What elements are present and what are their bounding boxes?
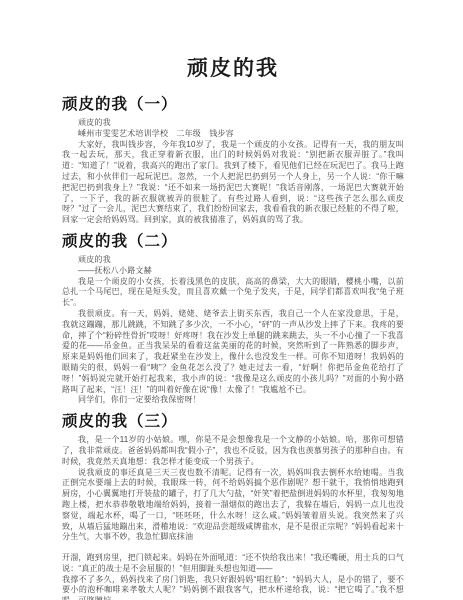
- essay-paragraph: 我撑不了多久，妈妈找来了房门钥匙，我只好跟妈妈“唱红脸”：“妈妈大人，是小的错了…: [62, 575, 404, 600]
- essay-subtitle: 顽皮的我: [62, 118, 404, 129]
- essay-paragraph: 我很顽皮。有一天，妈妈、姥姥、姥爷去上街买东西，我自己一个人在家没意思，于是，我…: [62, 309, 404, 395]
- section-three: 顽皮的我（三） 我，是一个11岁的小姑娘。嘿，你是不是会想像我是一个文静的小姑娘…: [62, 412, 404, 600]
- section-one-heading: 顽皮的我（一）: [62, 95, 404, 114]
- essay-paragraph: 同学们，你们一定要给我保密呀！: [62, 395, 404, 406]
- essay-paragraph: 我，是一个11岁的小姑娘。嘿，你是不是会想像我是一个文静的小姑娘。哈，那你可想错…: [62, 435, 404, 467]
- section-three-heading: 顽皮的我（三）: [62, 412, 404, 431]
- essay-byline: 嵊州市雯雯艺术培训学校 二年级 钱步容: [62, 129, 404, 140]
- essay-paragraph: 开溜，跑到房里，把门锁起来。妈妈在外面吼道：“还不快给我出来！”我还嘴硬，用士兵…: [62, 553, 404, 575]
- section-two: 顽皮的我（二） 顽皮的我 ——抚松八小路文赫 我是一个顽皮的小女孩，长着浅黑色的…: [62, 232, 404, 406]
- essay-paragraph: 我是一个顽皮的小女孩，长着浅黑色的皮肤，高高的鼻梁，大大的眼睛，樱桃小嘴，以前总…: [62, 277, 404, 309]
- section-one: 顽皮的我（一） 顽皮的我 嵊州市雯雯艺术培训学校 二年级 钱步容 大家好，我叫钱…: [62, 95, 404, 226]
- document-page: 顽皮的我 顽皮的我（一） 顽皮的我 嵊州市雯雯艺术培训学校 二年级 钱步容 大家…: [0, 0, 463, 600]
- essay-subtitle: 顽皮的我: [62, 255, 404, 266]
- document-title: 顽皮的我: [62, 56, 404, 82]
- essay-paragraph: 说我顽皮的事还真是三天三夜也数不清呢。记得有一次，妈妈叫我去倒杯水给她喝。当我正…: [62, 468, 404, 544]
- essay-byline: ——抚松八小路文赫: [62, 266, 404, 277]
- section-two-heading: 顽皮的我（二）: [62, 232, 404, 251]
- essay-paragraph: 大家好，我叫钱步容，今年我10岁了，我是一个顽皮的小女孩。记得有一天，我的朋友叫…: [62, 140, 404, 226]
